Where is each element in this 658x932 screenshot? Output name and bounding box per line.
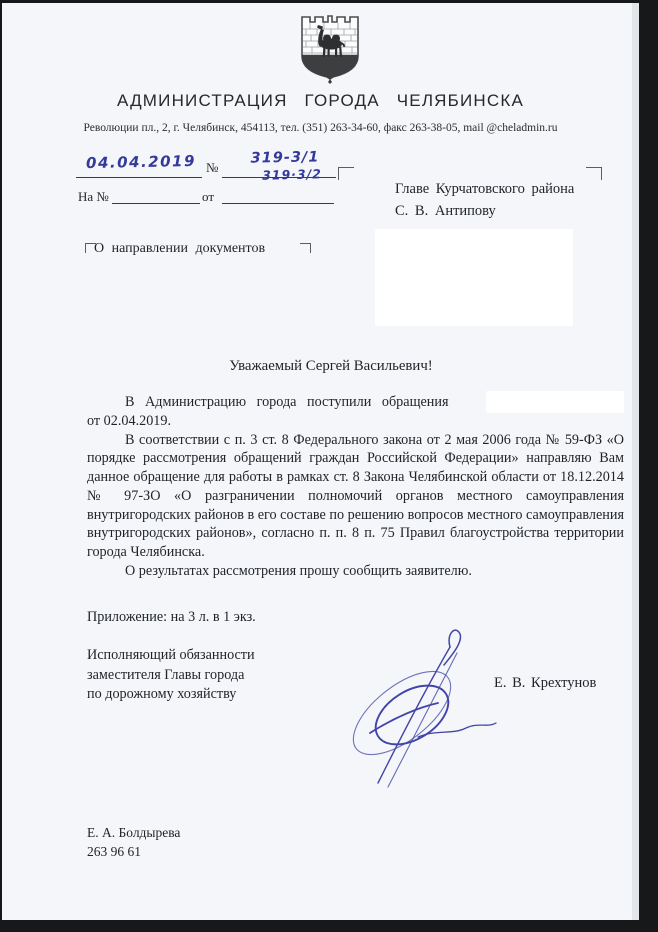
signer-position-line1: Исполняющий обязанности — [87, 646, 337, 666]
addressee-corner-left — [338, 167, 354, 180]
organization-contacts: Революции пл., 2, г. Челябинск, 454113, … — [2, 122, 639, 134]
executor-block: Е. А. Болдырева 263 96 61 — [87, 823, 180, 861]
addressee-line2: С. В. Антипову — [395, 201, 625, 223]
scanned-letter: { "letterhead": { "organization": "АДМИН… — [0, 0, 658, 932]
reply-date-underline — [222, 203, 334, 204]
reply-number-label: На № — [78, 189, 109, 205]
signer-name: Е. В. Крехтунов — [494, 675, 596, 692]
handwritten-date: 04.04.2019 — [80, 152, 202, 173]
attachment-line: Приложение: на 3 л. в 1 экз. — [87, 609, 256, 626]
handwritten-number-top: 319-3/1 — [230, 149, 340, 167]
signer-position-line3: по дорожному хозяйству — [87, 685, 337, 705]
handwritten-signature — [340, 615, 500, 803]
subject-line: О направлении документов — [94, 241, 314, 257]
body-paragraph1-line2: от 02.04.2019. — [87, 412, 624, 431]
shield-icon — [302, 16, 358, 84]
coat-of-arms-emblem — [298, 14, 362, 84]
reply-number-underline — [112, 203, 200, 204]
signer-position-line2: заместителя Главы города — [87, 666, 337, 686]
handwritten-number-bottom: 319·3/2 — [242, 166, 342, 184]
date-underline — [76, 177, 202, 178]
salutation: Уважаемый Сергей Васильевич! — [62, 358, 600, 375]
addressee-block: Главе Курчатовского района С. В. Антипов… — [395, 179, 625, 222]
body-paragraph2: В соответствии с п. 3 ст. 8 Федерального… — [87, 431, 624, 562]
scan-edge-shade — [632, 3, 639, 920]
redacted-inline — [486, 391, 624, 413]
body-paragraph3: О результатах рассмотрения прошу сообщит… — [87, 562, 624, 581]
body-p1-text: В Администрацию города поступили обращен… — [125, 394, 449, 410]
number-label: № — [206, 160, 218, 176]
redacted-region — [375, 229, 573, 326]
body-paragraph1-line1: В Администрацию города поступили обращен… — [87, 393, 624, 412]
reply-from-label: от — [202, 189, 214, 205]
executor-phone: 263 96 61 — [87, 842, 180, 861]
addressee-line1: Главе Курчатовского района — [395, 179, 625, 201]
letter-page: АДМИНИСТРАЦИЯ ГОРОДА ЧЕЛЯБИНСКА Революци… — [2, 3, 639, 920]
signer-position-block: Исполняющий обязанности заместителя Глав… — [87, 646, 337, 705]
organization-name: АДМИНИСТРАЦИЯ ГОРОДА ЧЕЛЯБИНСКА — [2, 91, 639, 111]
executor-name: Е. А. Болдырева — [87, 823, 180, 842]
letter-body: В Администрацию города поступили обращен… — [87, 393, 624, 580]
